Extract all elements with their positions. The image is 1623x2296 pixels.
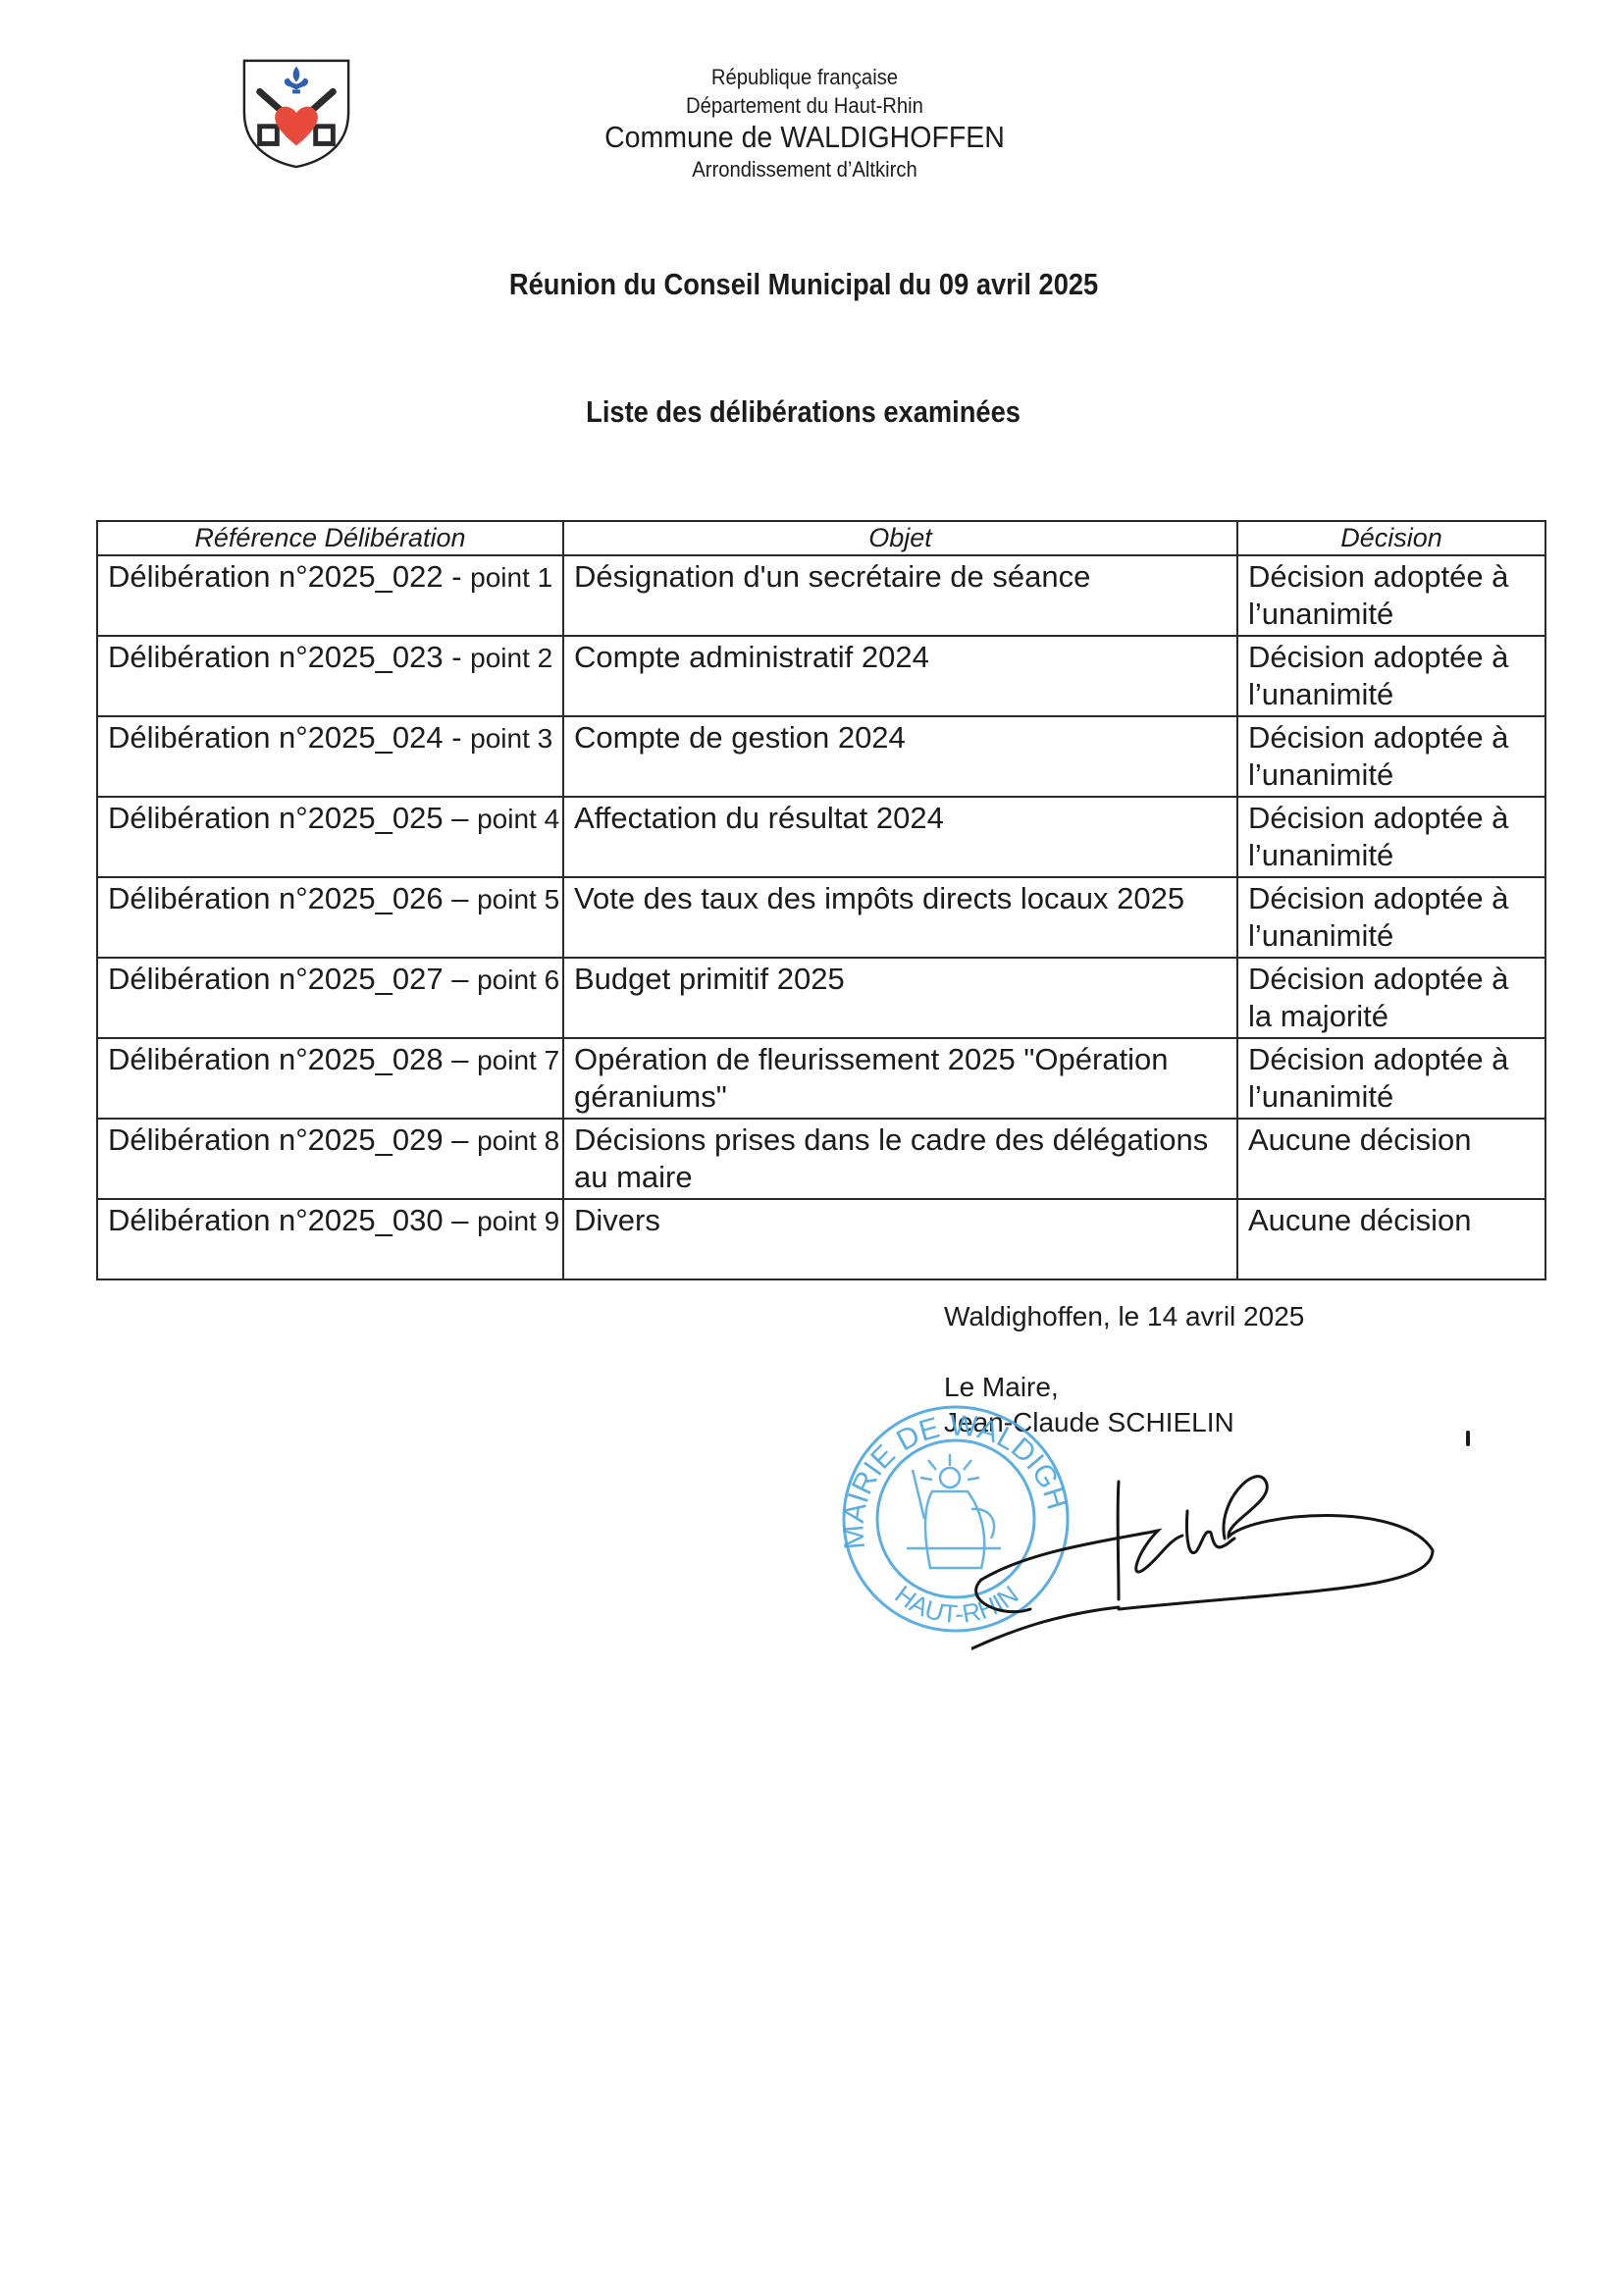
cell-reference: Délibération n°2025_030 – point 9 — [97, 1199, 563, 1279]
cell-objet: Divers — [563, 1199, 1237, 1279]
coat-of-arms-icon — [238, 55, 354, 171]
cell-reference: Délibération n°2025_024 - point 3 — [97, 716, 563, 797]
meeting-title: Réunion du Conseil Municipal du 09 avril… — [0, 267, 1615, 302]
table-row: Délibération n°2025_025 – point 4Affecta… — [97, 797, 1545, 877]
cell-decision: Décision adoptée à l’unanimité — [1237, 877, 1545, 958]
point-number: point 7 — [477, 1045, 559, 1075]
cell-reference: Délibération n°2025_029 – point 8 — [97, 1119, 563, 1199]
table-row: Délibération n°2025_022 - point 1Désigna… — [97, 555, 1545, 636]
header-objet: Objet — [563, 521, 1237, 555]
reference-number: Délibération n°2025_023 - — [108, 640, 470, 674]
point-number: point 8 — [477, 1125, 559, 1156]
cell-decision: Aucune décision — [1237, 1199, 1545, 1279]
cell-reference: Délibération n°2025_027 – point 6 — [97, 958, 563, 1038]
reference-number: Délibération n°2025_025 – — [108, 801, 477, 835]
cell-objet: Vote des taux des impôts directs locaux … — [563, 877, 1237, 958]
cell-objet: Désignation d'un secrétaire de séance — [563, 555, 1237, 636]
cell-decision: Décision adoptée à l’unanimité — [1237, 555, 1545, 636]
place-and-date: Waldighoffen, le 14 avril 2025 — [944, 1301, 1304, 1332]
table-row: Délibération n°2025_023 - point 2Compte … — [97, 636, 1545, 716]
cell-decision: Aucune décision — [1237, 1119, 1545, 1199]
commune-name: Commune de WALDIGHOFFEN — [570, 120, 1039, 155]
republic-label: République française — [570, 63, 1039, 91]
header-reference: Référence Délibération — [97, 521, 563, 555]
reference-number: Délibération n°2025_028 – — [108, 1042, 477, 1076]
cell-objet: Budget primitif 2025 — [563, 958, 1237, 1038]
list-title: Liste des délibérations examinées — [0, 394, 1615, 430]
cell-decision: Décision adoptée à l’unanimité — [1237, 797, 1545, 877]
table-row: Délibération n°2025_029 – point 8Décisio… — [97, 1119, 1545, 1199]
point-number: point 5 — [477, 884, 559, 914]
cell-objet: Compte administratif 2024 — [563, 636, 1237, 716]
reference-number: Délibération n°2025_027 – — [108, 962, 477, 996]
table-row: Délibération n°2025_024 - point 3Compte … — [97, 716, 1545, 797]
reference-number: Délibération n°2025_029 – — [108, 1122, 477, 1157]
cell-reference: Délibération n°2025_026 – point 5 — [97, 877, 563, 958]
cell-decision: Décision adoptée à l’unanimité — [1237, 636, 1545, 716]
arrondissement-label: Arrondissement d’Altkirch — [570, 155, 1039, 183]
letterhead: République française Département du Haut… — [550, 63, 1060, 183]
header-decision: Décision — [1237, 521, 1545, 555]
cell-reference: Délibération n°2025_025 – point 4 — [97, 797, 563, 877]
cell-decision: Décision adoptée à l’unanimité — [1237, 716, 1545, 797]
table-row: Délibération n°2025_026 – point 5Vote de… — [97, 877, 1545, 958]
scan-mark — [1466, 1431, 1470, 1446]
cell-objet: Opération de fleurissement 2025 "Opérati… — [563, 1038, 1237, 1119]
reference-number: Délibération n°2025_026 – — [108, 881, 477, 915]
reference-number: Délibération n°2025_030 – — [108, 1203, 477, 1237]
signature-icon — [971, 1442, 1462, 1668]
point-number: point 9 — [477, 1206, 559, 1236]
table-header-row: Référence Délibération Objet Décision — [97, 521, 1545, 555]
reference-number: Délibération n°2025_024 - — [108, 720, 470, 755]
point-number: point 2 — [470, 643, 552, 673]
cell-reference: Délibération n°2025_028 – point 7 — [97, 1038, 563, 1119]
department-label: Département du Haut-Rhin — [570, 91, 1039, 120]
cell-reference: Délibération n°2025_022 - point 1 — [97, 555, 563, 636]
cell-objet: Affectation du résultat 2024 — [563, 797, 1237, 877]
table-row: Délibération n°2025_030 – point 9DiversA… — [97, 1199, 1545, 1279]
deliberations-table: Référence Délibération Objet Décision Dé… — [96, 520, 1546, 1280]
point-number: point 3 — [470, 723, 552, 754]
reference-number: Délibération n°2025_022 - — [108, 559, 470, 594]
point-number: point 4 — [477, 804, 559, 834]
point-number: point 6 — [477, 965, 559, 995]
table-row: Délibération n°2025_027 – point 6Budget … — [97, 958, 1545, 1038]
cell-decision: Décision adoptée à l’unanimité — [1237, 1038, 1545, 1119]
cell-objet: Compte de gestion 2024 — [563, 716, 1237, 797]
cell-decision: Décision adoptée à la majorité — [1237, 958, 1545, 1038]
cell-reference: Délibération n°2025_023 - point 2 — [97, 636, 563, 716]
point-number: point 1 — [470, 562, 552, 593]
table-row: Délibération n°2025_028 – point 7Opérati… — [97, 1038, 1545, 1119]
cell-objet: Décisions prises dans le cadre des délég… — [563, 1119, 1237, 1199]
signer-role: Le Maire, — [944, 1370, 1234, 1405]
